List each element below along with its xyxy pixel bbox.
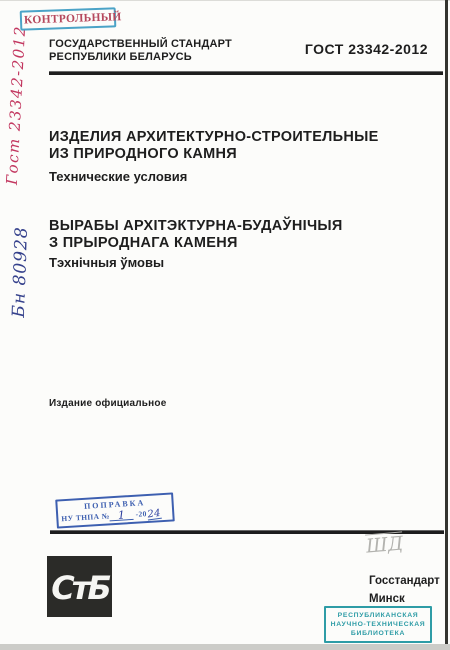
control-copy-stamp: КОНТРОЛЬНЫЙ bbox=[20, 7, 117, 30]
title-russian-line-1: ИЗДЕЛИЯ АРХИТЕКТУРНО-СТРОИТЕЛЬНЫЕ bbox=[49, 129, 379, 146]
title-belarusian-line-2: З ПРЫРОДНАГА КАМЕНЯ bbox=[49, 235, 343, 252]
title-russian-line-2: ИЗ ПРИРОДНОГО КАМНЯ bbox=[49, 146, 379, 163]
pencil-initials: ШД bbox=[365, 532, 404, 557]
subtitle-belarusian: Тэхнічныя ўмовы bbox=[49, 255, 164, 270]
publisher-name: Госстандарт bbox=[369, 572, 440, 590]
library-stamp-line-2: НАУЧНО-ТЕХНИЧЕСКАЯ bbox=[327, 620, 429, 629]
header-rule bbox=[49, 71, 443, 75]
title-belarusian: ВЫРАБЫ АРХІТЭКТУРНА-БУДАЎНІЧЫЯ З ПРЫРОДН… bbox=[49, 218, 343, 252]
issuing-organization: ГОСУДАРСТВЕННЫЙ СТАНДАРТ РЕСПУБЛИКИ БЕЛА… bbox=[49, 38, 232, 64]
correction-number-handwritten: 1 bbox=[109, 511, 134, 521]
publisher-block: Госстандарт Минск bbox=[369, 572, 440, 608]
title-russian: ИЗДЕЛИЯ АРХИТЕКТУРНО-СТРОИТЕЛЬНЫЕ ИЗ ПРИ… bbox=[49, 129, 379, 163]
library-stamp: РЕСПУБЛИКАНСКАЯ НАУЧНО-ТЕХНИЧЕСКАЯ БИБЛИ… bbox=[324, 606, 432, 643]
library-stamp-line-1: РЕСПУБЛИКАНСКАЯ bbox=[327, 611, 429, 620]
stb-logo: СтБ bbox=[47, 556, 112, 617]
org-line-2: РЕСПУБЛИКИ БЕЛАРУСЬ bbox=[49, 51, 232, 64]
correction-year-handwritten: 24 bbox=[146, 510, 161, 521]
scan-edge-bottom bbox=[0, 644, 450, 650]
margin-handwriting-blue: Бн 80928 bbox=[8, 214, 32, 330]
stb-logo-text: СтБ bbox=[51, 569, 110, 607]
library-stamp-line-3: БИБЛИОТЕКА bbox=[327, 629, 429, 638]
stb-logo-graphic: СтБ bbox=[47, 556, 112, 617]
official-edition-note: Издание официальное bbox=[49, 398, 166, 409]
standard-number: ГОСТ 23342-2012 bbox=[305, 41, 428, 57]
margin-handwriting-red: Гост 23342-2012 bbox=[2, 5, 30, 206]
correction-form-label: НУ ТНПА № bbox=[61, 511, 110, 523]
correction-year-prefix: -20 bbox=[135, 509, 147, 519]
subtitle-russian: Технические условия bbox=[49, 169, 187, 184]
standard-cover-page: Гост 23342-2012 Бн 80928 КОНТРОЛЬНЫЙ ГОС… bbox=[0, 0, 450, 650]
title-belarusian-line-1: ВЫРАБЫ АРХІТЭКТУРНА-БУДАЎНІЧЫЯ bbox=[49, 218, 343, 235]
org-line-1: ГОСУДАРСТВЕННЫЙ СТАНДАРТ bbox=[49, 38, 232, 51]
correction-stamp: ПОПРАВКА НУ ТНПА № 1 -20 24 bbox=[55, 492, 175, 528]
scan-edge-top bbox=[0, 0, 450, 1]
scan-edge-right bbox=[445, 0, 448, 646]
